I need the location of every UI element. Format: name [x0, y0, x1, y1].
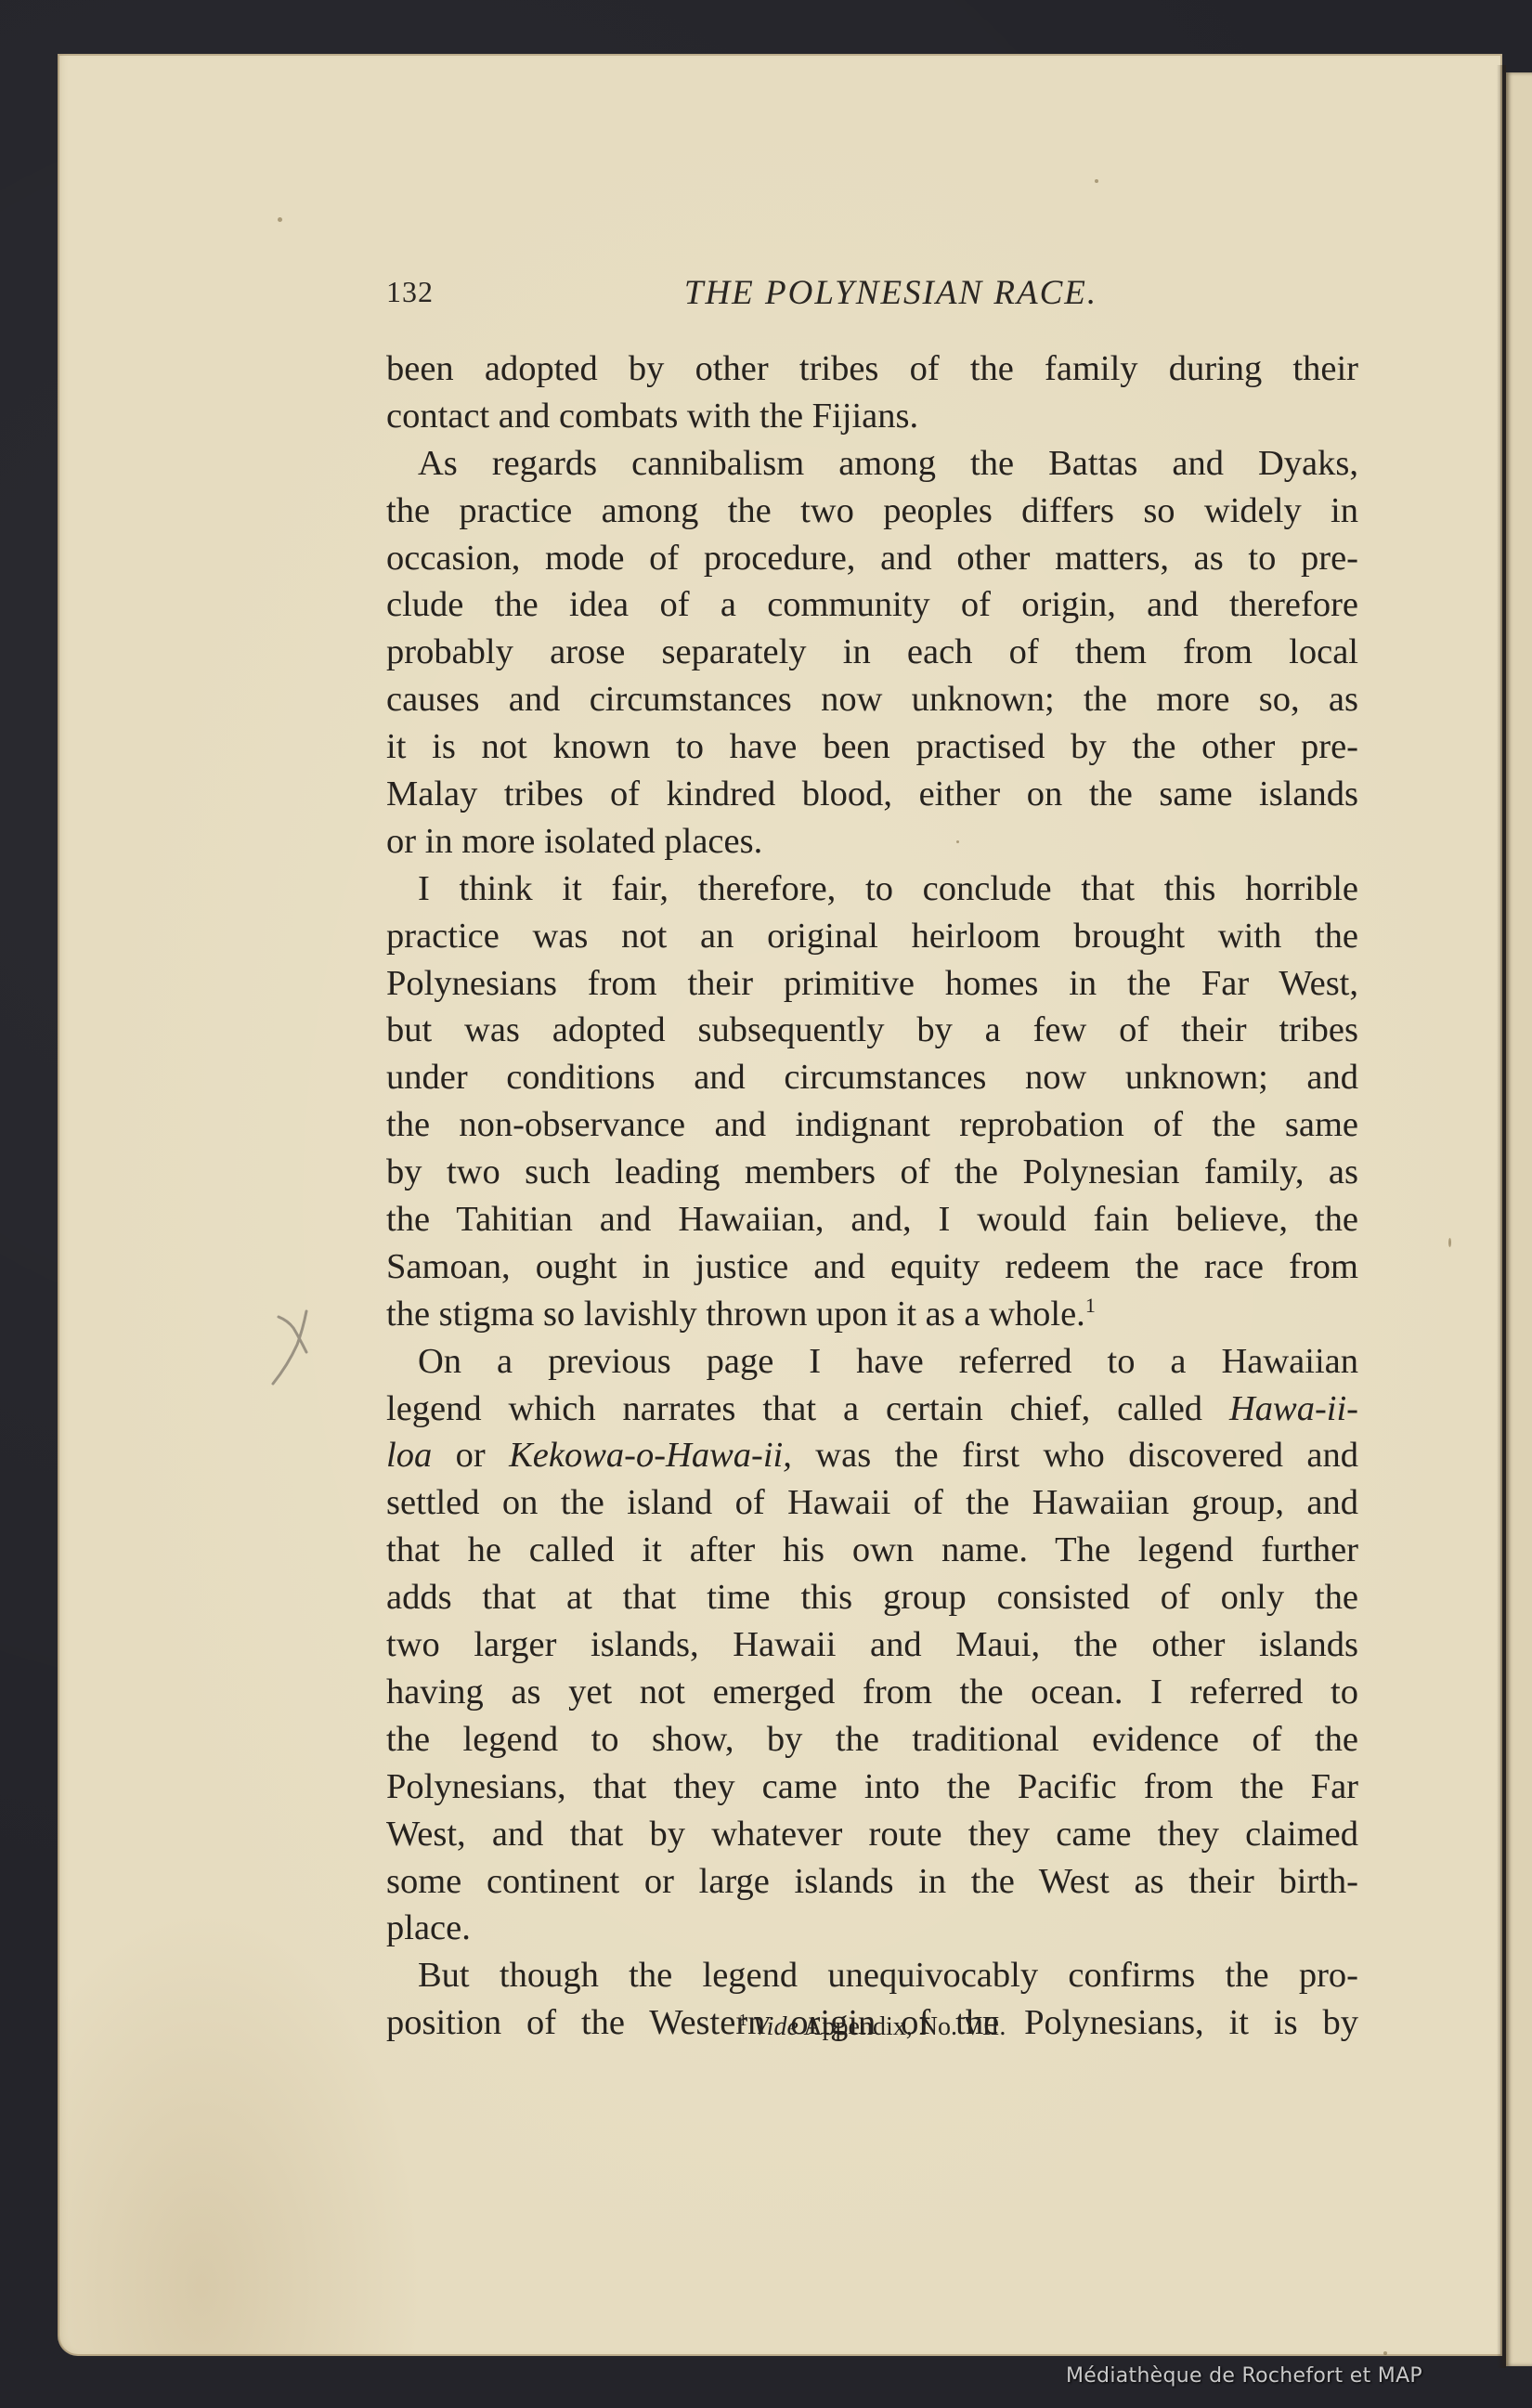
text-line: or in more isolated places.	[386, 818, 1358, 866]
text-line: settled on the island of Hawaii of the H…	[386, 1479, 1358, 1527]
page-gutter-shadow	[1497, 65, 1506, 2368]
text-line: Polynesians, that they came into the Pac…	[386, 1764, 1358, 1811]
facing-page-edge	[1506, 72, 1532, 2366]
text-line: the stigma so lavishly thrown upon it as…	[386, 1291, 1358, 1338]
footnote-text: Appendix, No. VII.	[798, 2012, 1006, 2041]
footnote: 1Vide Appendix, No. VII.	[386, 2011, 1358, 2042]
text-line: On a previous page I have referred to a …	[386, 1338, 1358, 1386]
footnote-mark: 1	[739, 2011, 747, 2029]
text-line: under conditions and circumstances now u…	[386, 1054, 1358, 1101]
text-line: Samoan, ought in justice and equity rede…	[386, 1243, 1358, 1291]
text-line: two larger islands, Hawaii and Maui, the…	[386, 1621, 1358, 1669]
text-line: the legend to show, by the traditional e…	[386, 1716, 1358, 1764]
text-line: I think it fair, therefore, to conclude …	[386, 866, 1358, 913]
text-line: the practice among the two peoples diffe…	[386, 488, 1358, 535]
text-line: it is not known to have been practised b…	[386, 723, 1358, 771]
running-head-title: THE POLYNESIAN RACE.	[386, 273, 1358, 313]
text-line: that he called it after his own name. Th…	[386, 1527, 1358, 1574]
text-line: Malay tribes of kindred blood, either on…	[386, 771, 1358, 818]
text-line: legend which narrates that a certain chi…	[386, 1386, 1358, 1433]
text-line: clude the idea of a community of origin,…	[386, 581, 1358, 629]
text-line: contact and combats with the Fijians.	[386, 393, 1358, 440]
text-line: by two such leading members of the Polyn…	[386, 1149, 1358, 1196]
footnote-italic: Vide	[753, 2012, 798, 2041]
text-line: but was adopted subsequently by a few of…	[386, 1007, 1358, 1054]
text-line: adds that at that time this group consis…	[386, 1574, 1358, 1621]
text-line: the Tahitian and Hawaiian, and, I would …	[386, 1196, 1358, 1243]
footnote-reference: 1	[1085, 1294, 1096, 1317]
running-head: 132 THE POLYNESIAN RACE.	[386, 275, 1358, 321]
text-line: the non-observance and indignant reproba…	[386, 1101, 1358, 1149]
text-line: practice was not an original heirloom br…	[386, 913, 1358, 960]
text-line: But though the legend unequivocably conf…	[386, 1952, 1358, 1999]
text-line: Polynesians from their primitive homes i…	[386, 960, 1358, 1008]
text-line: place.	[386, 1905, 1358, 1952]
body-text: been adopted by other tribes of the fami…	[386, 345, 1358, 2047]
text-line: loa or Kekowa-o-Hawa-ii, was the first w…	[386, 1432, 1358, 1479]
text-line: West, and that by whatever route they ca…	[386, 1811, 1358, 1858]
text-line: probably arose separately in each of the…	[386, 629, 1358, 676]
text-line: As regards cannibalism among the Battas …	[386, 440, 1358, 488]
pencil-x-annotation-icon	[266, 1308, 321, 1391]
text-line: some continent or large islands in the W…	[386, 1858, 1358, 1906]
text-line: having as yet not emerged from the ocean…	[386, 1669, 1358, 1716]
text-line: causes and circumstances now unknown; th…	[386, 676, 1358, 723]
text-line: been adopted by other tribes of the fami…	[386, 345, 1358, 393]
text-line: occasion, mode of procedure, and other m…	[386, 535, 1358, 582]
watermark: Médiathèque de Rochefort et MAP	[1066, 2364, 1422, 2388]
